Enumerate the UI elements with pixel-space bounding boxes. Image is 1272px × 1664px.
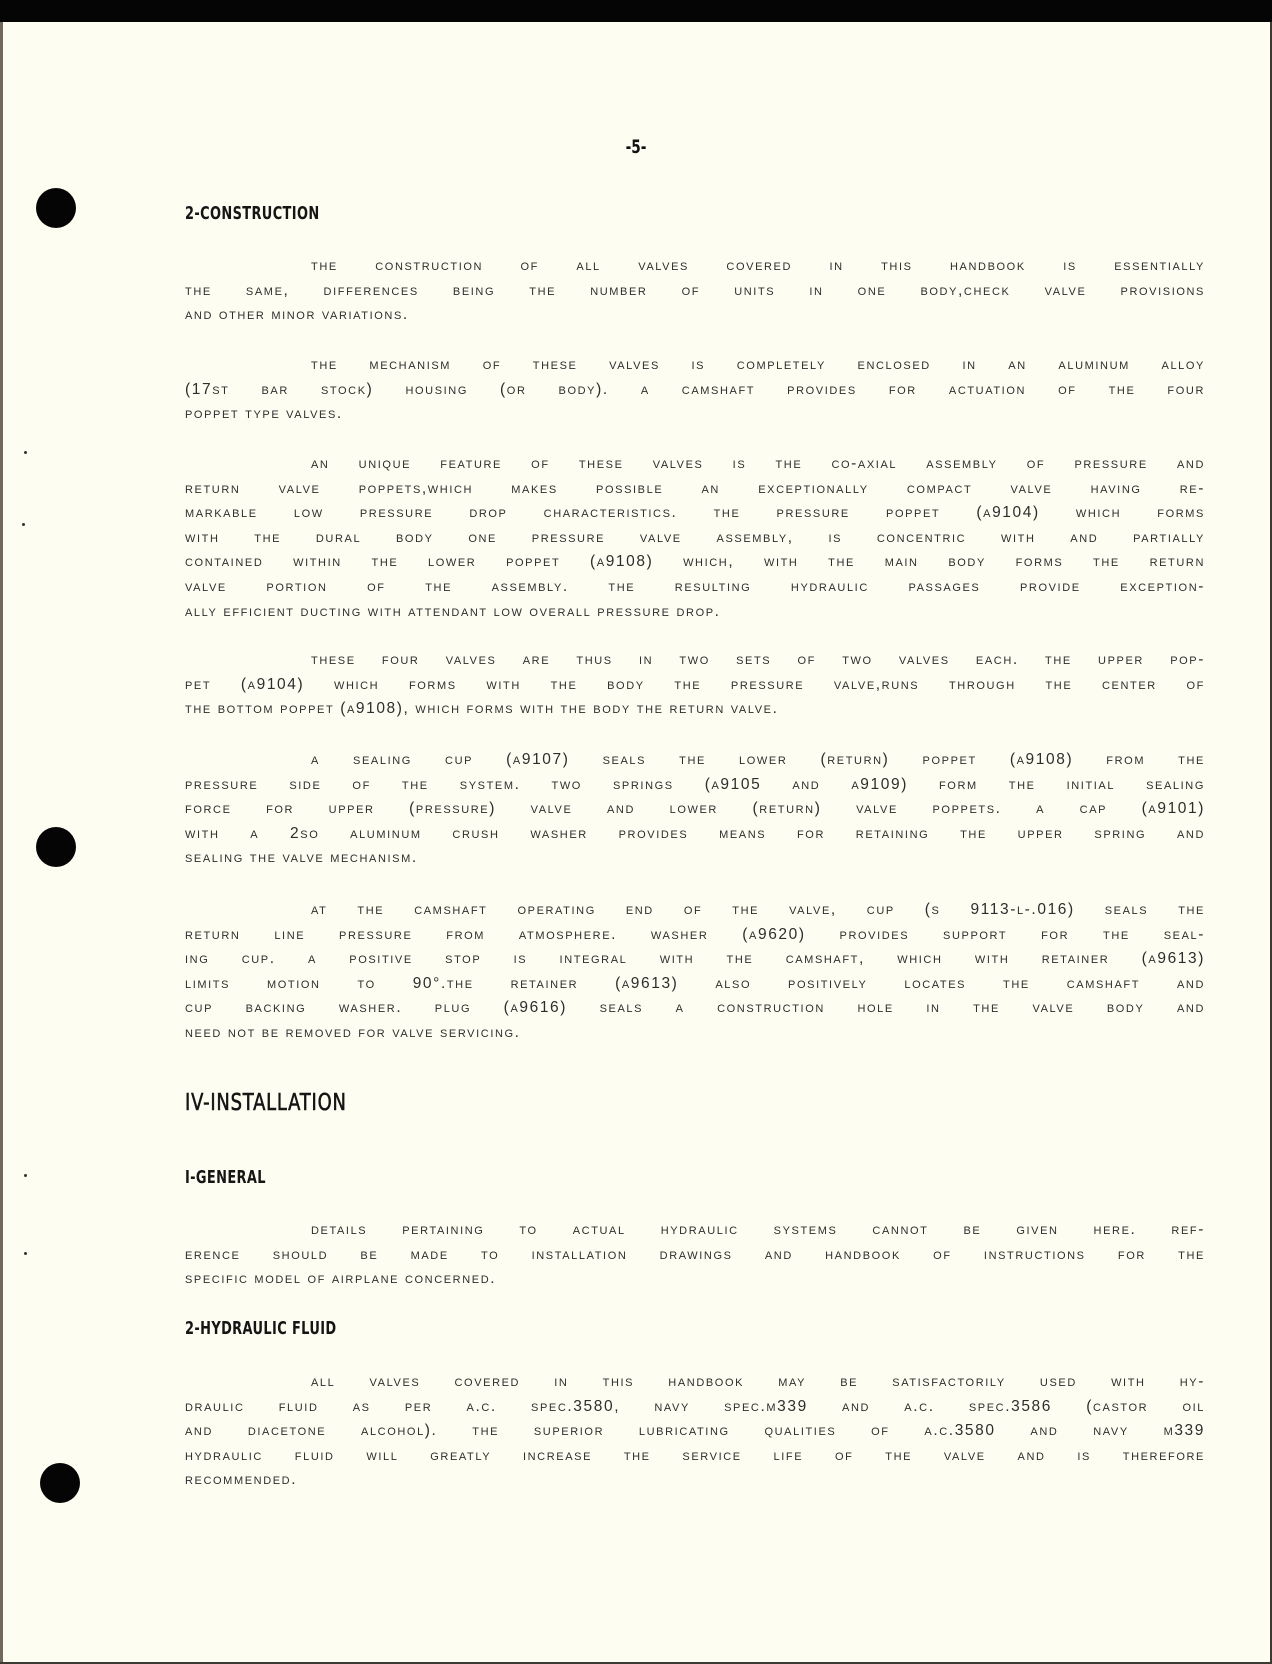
paragraph-line: The construction of all valves covered i… <box>185 254 1205 279</box>
section-heading-general: I-GENERAL <box>185 1167 266 1188</box>
paragraph-line: Details pertaining to actual hydraulic s… <box>185 1218 1205 1243</box>
scan-speck <box>24 451 27 454</box>
binder-hole-bottom <box>40 1463 80 1503</box>
paragraph: These four valves are thus in two sets o… <box>185 648 1205 722</box>
paragraph-line: specific model of airplane concerned. <box>185 1267 1205 1292</box>
paragraph-line: All valves covered in this Handbook may … <box>185 1370 1205 1395</box>
paragraph-line: force for upper (pressure) valve and low… <box>185 797 1205 822</box>
paragraph: An unique feature of these valves is the… <box>185 452 1205 624</box>
scan-speck <box>22 523 25 526</box>
section-heading-construction: 2-CONSTRUCTION <box>185 203 320 224</box>
paragraph-line: return valve poppets,which makes possibl… <box>185 477 1205 502</box>
paragraph-line: At the camshaft operating end of the val… <box>185 898 1205 923</box>
paragraph-line: hydraulic fluid will greatly increase th… <box>185 1444 1205 1469</box>
binder-hole-middle <box>36 827 76 867</box>
paragraph: Details pertaining to actual hydraulic s… <box>185 1218 1205 1292</box>
paragraph-line: ally efficient ducting with attendant lo… <box>185 600 1205 625</box>
paragraph-line: valve portion of the assembly. The resul… <box>185 575 1205 600</box>
paragraph: The construction of all valves covered i… <box>185 254 1205 328</box>
paragraph-line: (17ST Bar Stock) housing (or body). A ca… <box>185 378 1205 403</box>
page-number: -5- <box>127 136 1145 158</box>
paragraph-line: with a 2SO aluminum crush washer provide… <box>185 822 1205 847</box>
binder-hole-top <box>36 188 76 228</box>
paragraph-line: limits motion to 90°.The retainer (A9613… <box>185 972 1205 997</box>
paragraph-line: erence should be made to Installation Dr… <box>185 1243 1205 1268</box>
scan-speck <box>24 1174 27 1177</box>
paragraph: A sealing cup (A9107) seals the lower (r… <box>185 748 1205 871</box>
scan-top-band <box>0 0 1272 22</box>
paragraph: At the camshaft operating end of the val… <box>185 898 1205 1046</box>
paragraph-line: ing cup. A positive stop is integral wit… <box>185 947 1205 972</box>
paragraph-line: and other minor variations. <box>185 303 1205 328</box>
paragraph-line: and diacetone alcohol). The superior lub… <box>185 1419 1205 1444</box>
scan-left-edge <box>0 22 3 1664</box>
paragraph-line: sealing the valve mechanism. <box>185 846 1205 871</box>
paragraph-line: markable low pressure drop characteristi… <box>185 501 1205 526</box>
paragraph-line: pressure side of the system. Two springs… <box>185 773 1205 798</box>
paragraph-line: the bottom poppet (A9108), which forms w… <box>185 697 1205 722</box>
paragraph-line: The mechanism of these valves is complet… <box>185 353 1205 378</box>
section-heading-hydraulic-fluid: 2-HYDRAULIC FLUID <box>185 1318 337 1339</box>
paragraph-line: An unique feature of these valves is the… <box>185 452 1205 477</box>
paragraph: The mechanism of these valves is complet… <box>185 353 1205 427</box>
paragraph-line: return line pressure from atmosphere. Wa… <box>185 923 1205 948</box>
paragraph-line: A sealing cup (A9107) seals the lower (r… <box>185 748 1205 773</box>
paragraph-line: recommended. <box>185 1468 1205 1493</box>
paragraph-line: the same, differences being the number o… <box>185 279 1205 304</box>
scan-speck <box>24 1252 27 1255</box>
paragraph-line: cup backing washer. Plug (A9616) seals a… <box>185 996 1205 1021</box>
paragraph: All valves covered in this Handbook may … <box>185 1370 1205 1493</box>
paragraph-line: contained within the lower poppet (A9108… <box>185 550 1205 575</box>
paragraph-line: pet (A9104) which forms with the body th… <box>185 673 1205 698</box>
section-heading-installation: IV-INSTALLATION <box>185 1090 347 1116</box>
paragraph-line: These four valves are thus in two sets o… <box>185 648 1205 673</box>
paragraph-line: draulic fluid as per A.C. Spec.3580, Nav… <box>185 1395 1205 1420</box>
paragraph-line: with the dural body one pressure valve a… <box>185 526 1205 551</box>
paragraph-line: need not be removed for valve servicing. <box>185 1021 1205 1046</box>
paragraph-line: poppet type valves. <box>185 402 1205 427</box>
